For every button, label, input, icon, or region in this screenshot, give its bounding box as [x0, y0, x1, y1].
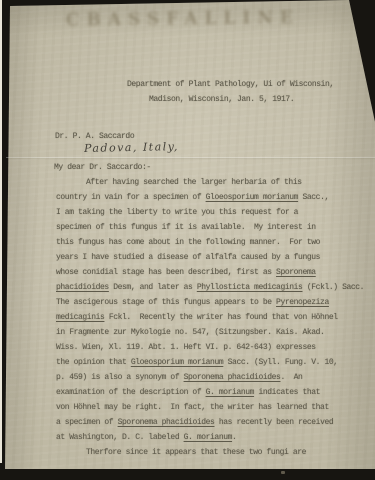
- body-text: has recently been received: [214, 418, 333, 427]
- body-line: phacidioides Desm, and later as Phyllost…: [56, 283, 364, 298]
- taxon-name: phacidioides: [56, 283, 109, 292]
- body-text: indicates that: [254, 388, 320, 397]
- body-text: (Fckl.) Sacc.: [302, 283, 364, 292]
- scanned-letter: CBASSFALLINE Department of Plant Patholo…: [0, 0, 375, 480]
- body-text: The ascigerous stage of this fungus appe…: [56, 298, 276, 307]
- body-line: this fungus has come about in the follow…: [56, 238, 364, 253]
- body-text: . An: [280, 373, 302, 382]
- body-text: whose conidial stage has been described,…: [56, 268, 276, 277]
- body-text: the opinion that: [56, 358, 131, 367]
- body-line: in Fragmente zur Mykologie no. 547, (Sit…: [56, 328, 364, 343]
- body-text: a specimen of: [56, 418, 118, 427]
- body-line: at Washington, D. C. labeled G. morianum…: [56, 433, 364, 448]
- body-text: von Höhnel may be right. In fact, the wr…: [56, 403, 329, 412]
- scan-edge-highlight: [0, 0, 2, 463]
- letterhead-line1: Department of Plant Pathology, Ui of Wis…: [127, 80, 334, 89]
- taxon-name: Gloeosporium morianum: [206, 193, 298, 202]
- body-text: Wiss. Wien, Xl. 119. Abt. 1. Heft VI. p.…: [56, 343, 316, 352]
- body-text: examination of the description of: [56, 388, 206, 397]
- body-line: Wiss. Wien, Xl. 119. Abt. 1. Heft VI. p.…: [56, 343, 364, 358]
- taxon-name: Sporonema: [276, 268, 316, 277]
- letter-body: After having searched the larger herbari…: [56, 178, 364, 463]
- body-line: The ascigerous stage of this fungus appe…: [56, 298, 364, 313]
- scan-speck: [281, 471, 285, 474]
- body-line: examination of the description of G. mor…: [56, 388, 364, 403]
- body-line: von Höhnel may be right. In fact, the wr…: [56, 403, 364, 418]
- body-text: Desm, and later as: [109, 283, 197, 292]
- body-line: After having searched the larger herbari…: [56, 178, 364, 193]
- letterhead-line2: Madison, Wisconsin, Jan. 5, 1917.: [149, 95, 294, 104]
- body-line: whose conidial stage has been described,…: [56, 268, 364, 283]
- taxon-name: Pyrenopeziza: [276, 298, 329, 307]
- body-text: I am taking the liberty to write you thi…: [56, 208, 298, 217]
- body-text: in Fragmente zur Mykologie no. 547, (Sit…: [56, 328, 324, 337]
- body-text: Sacc. (Syll. Fung. V. 10,: [223, 358, 337, 367]
- ghost-showthrough-text: CBASSFALLINE: [66, 7, 322, 45]
- body-line: p. 459) is also a synonym of Sporonema p…: [56, 373, 364, 388]
- body-text: Therfore since it appears that these two…: [86, 448, 306, 457]
- taxon-name: Sporonema phacidioides: [118, 418, 215, 427]
- body-text: Fckl. Recently the writer has found that…: [104, 313, 337, 322]
- body-text: at Washington, D. C. labeled: [56, 433, 184, 442]
- body-text: this fungus has come about in the follow…: [56, 238, 320, 247]
- recipient-name: Dr. P. A. Saccardo: [55, 132, 134, 141]
- salutation: My dear Dr. Saccardo:-: [54, 163, 151, 172]
- taxon-name: G. morianum: [206, 388, 254, 397]
- body-line: medicaginis Fckl. Recently the writer ha…: [56, 313, 364, 328]
- body-line: I am taking the liberty to write you thi…: [56, 208, 364, 223]
- taxon-name: Gloeosporium morianum: [131, 358, 223, 367]
- taxon-name: G. morianum: [184, 433, 232, 442]
- taxon-name: medicaginis: [56, 313, 104, 322]
- body-line: specimen of this fungus if it is availab…: [56, 223, 364, 238]
- body-line: the opinion that Gloeosporium morianum S…: [56, 358, 364, 373]
- body-line: years I have studied a disease of alfalf…: [56, 253, 364, 268]
- body-text: years I have studied a disease of alfalf…: [56, 253, 320, 262]
- handwritten-place: Padova, Italy,: [84, 140, 179, 155]
- body-line: Therfore since it appears that these two…: [56, 448, 364, 463]
- body-line: a specimen of Sporonema phacidioides has…: [56, 418, 364, 433]
- body-text: After having searched the larger herbari…: [86, 178, 302, 187]
- taxon-name: Sporonema phacidioides: [184, 373, 281, 382]
- body-text: .: [232, 433, 236, 442]
- body-line: country in vain for a specimen of Gloeos…: [56, 193, 364, 208]
- body-text: p. 459) is also a synonym of: [56, 373, 184, 382]
- body-text: Sacc.,: [298, 193, 329, 202]
- taxon-name: Phyllosticta medicaginis: [197, 283, 303, 292]
- paper-crease: [6, 157, 375, 158]
- body-text: specimen of this fungus if it is availab…: [56, 223, 316, 232]
- body-text: country in vain for a specimen of: [56, 193, 206, 202]
